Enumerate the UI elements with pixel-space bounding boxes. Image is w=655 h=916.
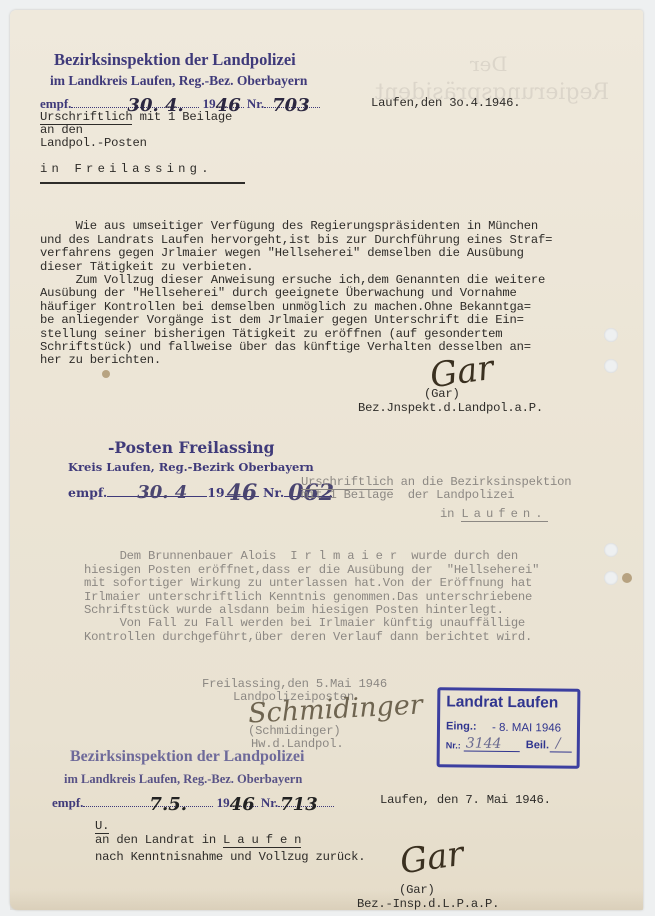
posten-stamp-subtitle: Kreis Laufen, Reg.-Bezirk Oberbayern: [68, 460, 314, 474]
handwritten-enclosure-count: /: [556, 735, 561, 751]
beil-line: [550, 751, 572, 752]
posten-received-line: empf.30. 41946 Nr.062: [68, 485, 332, 500]
year-prefix: 19: [217, 795, 230, 810]
nr-label: Nr.: [263, 485, 284, 500]
body-line: stellung seiner bisherigen Tätigkeit zu …: [40, 328, 552, 341]
punch-hole: [604, 543, 618, 557]
nr-label: Nr.:: [446, 740, 461, 750]
body-line: mit sofortiger Wirkung zu unterlassen ha…: [84, 577, 539, 590]
body-line: Wie aus umseitiger Verfügung des Regieru…: [40, 220, 552, 233]
routing-prefix: an den Landrat in: [95, 833, 223, 847]
stamp-authority-subtitle: im Landkreis Laufen, Reg.-Bez. Oberbayer…: [50, 73, 307, 89]
routing-enclosure: mit 1 Beilage: [132, 110, 232, 124]
signatory-title: Bez.Jnspekt.d.Landpol.a.P.: [358, 402, 543, 415]
footer-stamp-subtitle-text: im Landkreis Laufen, Reg.-Bez. Oberbayer…: [64, 772, 302, 786]
handwritten-number: 703: [272, 95, 310, 116]
body-line: und des Landrats Laufen hervorgeht,ist b…: [40, 234, 552, 247]
beil-label: Beil.: [526, 739, 549, 751]
handwritten-date: 30. 4: [137, 482, 187, 503]
routing-prefix: in: [440, 507, 461, 521]
letter2-body: Dem Brunnenbauer Alois I r l m a i e r w…: [84, 537, 539, 658]
body-line: Schriftstück wurde alsdann beim hiesigen…: [84, 604, 539, 617]
routing-location: in Laufen.: [440, 508, 548, 521]
handwritten-number: 3144: [466, 736, 502, 752]
divider: [40, 182, 245, 184]
nr-line: [464, 751, 520, 753]
body-line: Von Fall zu Fall werden bei Irlmaier kün…: [84, 617, 539, 630]
handwritten-date: 7.5.: [149, 794, 187, 815]
punch-hole: [604, 571, 618, 585]
routing-instruction: nach Kenntnisnahme und Vollzug zurück.: [95, 851, 365, 864]
show-through-text: Der: [470, 52, 507, 76]
punch-hole: [604, 328, 618, 342]
handwritten-number: 713: [280, 794, 318, 815]
eing-label: Eing.:: [446, 720, 477, 732]
routing-u: U.: [95, 820, 109, 833]
body-line: Dem Brunnenbauer Alois I r l m a i e r w…: [84, 550, 539, 563]
footer-stamp-subtitle: im Landkreis Laufen, Reg.-Bez. Oberbayer…: [64, 772, 302, 787]
year-prefix: 19: [207, 485, 224, 500]
letter1-place-date: Laufen,den 3o.4.1946.: [371, 97, 520, 110]
signatory-title: Bez.-Insp.d.L.P.a.P.: [357, 898, 499, 911]
landrat-receipt-stamp: Landrat Laufen Eing.: - 8. MAI 1946 Nr.:…: [437, 687, 581, 768]
handwritten-year: 46: [227, 480, 258, 506]
year-prefix: 19: [203, 96, 216, 111]
body-line: verfahrens gegen Jrlmaier wegen "Hellseh…: [40, 247, 552, 260]
body-line: hiesigen Posten eröffnet,dass er die Aus…: [84, 564, 539, 577]
body-line: dieser Tätigkeit zu verbieten.: [40, 261, 552, 274]
signatory-name: (Gar): [424, 388, 460, 401]
routing-recipient: Landpol.-Posten: [40, 137, 147, 150]
empf-label: empf.: [52, 795, 83, 810]
routing-place: L a u f e n: [223, 833, 301, 848]
posten-stamp-title: -Posten Freilassing: [108, 438, 274, 457]
body-line: Irlmaier unterschriftlich Kenntnis genom…: [84, 591, 539, 604]
landrat-stamp-title: Landrat Laufen: [446, 693, 558, 712]
routing-place: Laufen.: [461, 507, 547, 522]
footer-stamp-title: Bezirksinspektion der Landpolizei: [70, 748, 304, 766]
received-date: - 8. MAI 1946: [492, 722, 561, 735]
routing-enclosure: mit 1 Beilage der Landpolizei: [301, 489, 514, 502]
letter3-routing: an den Landrat in L a u f e n: [95, 834, 301, 847]
routing-location: in Freilassing.: [40, 163, 213, 176]
signatory-name: (Gar): [399, 884, 435, 897]
letter3-place-date: Laufen, den 7. Mai 1946.: [380, 794, 551, 807]
rust-stain: [622, 573, 632, 583]
empf-label: empf.: [68, 485, 107, 500]
handwritten-year: 46: [230, 794, 255, 815]
body-line: be anliegender Vorgänge ist dem Jrlmaier…: [40, 314, 552, 327]
routing-recipient: an die Bezirksinspektion: [393, 475, 571, 489]
body-line: Kontrollen durchgeführt,über deren Verla…: [84, 631, 539, 644]
body-line: häufiger Kontrollen bei demselben unmögl…: [40, 301, 552, 314]
punch-hole: [604, 359, 618, 373]
body-line: Zum Vollzug dieser Anweisung ersuche ich…: [40, 274, 552, 287]
nr-label: Nr.: [247, 96, 264, 111]
body-line: Ausübung der "Hellseherei" durch geeigne…: [40, 287, 552, 300]
footer-received-line: empf.7.5. 1946 Nr.713: [52, 795, 334, 811]
nr-label: Nr.: [261, 795, 278, 810]
stamp-authority-title: Bezirksinspektion der Landpolizei: [54, 50, 296, 70]
empf-label: empf.: [40, 96, 71, 111]
